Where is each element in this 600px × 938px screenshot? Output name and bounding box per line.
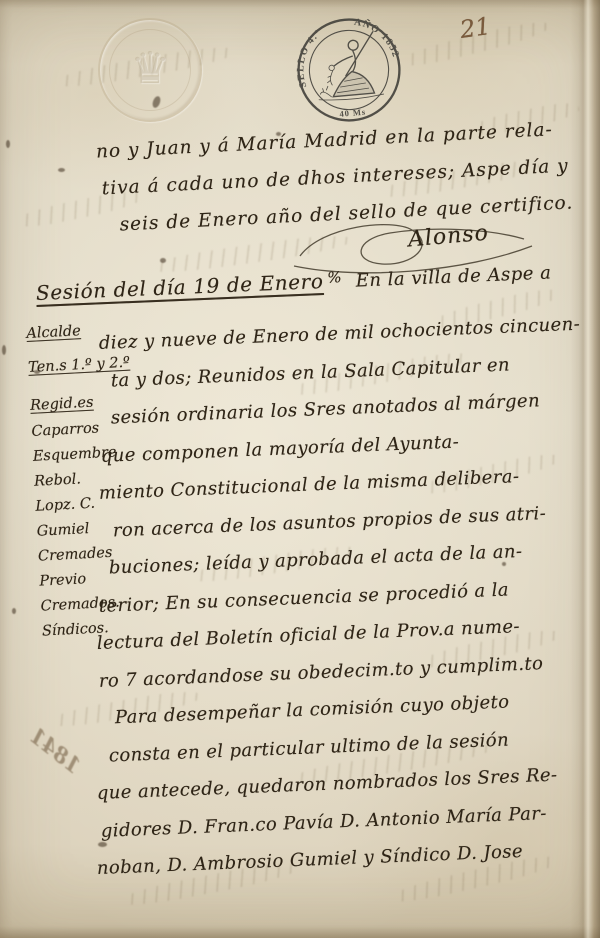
ink-speck (58, 168, 65, 172)
revenue-stamp-seal: SELLO 4.º AÑO 1852 40 Ms (290, 11, 407, 128)
stamp-right-arc-text: AÑO 1852 (352, 13, 401, 63)
svg-text:SELLO 4.º: SELLO 4.º (292, 27, 329, 89)
ink-speck (12, 608, 16, 614)
session-body-text: diez y nueve de Enero de mil ochocientos… (98, 333, 576, 896)
margin-note: Alcalde (26, 322, 107, 343)
bleedthrough-year-mark: 1841 (24, 723, 85, 779)
stamp-left-arc-text: SELLO 4.º (292, 27, 329, 89)
seated-allegory-icon (314, 31, 384, 102)
stamp-denomination-text: 40 Ms (339, 107, 366, 119)
embossed-seal: ♛ (98, 18, 202, 122)
page-top-shadow (0, 0, 600, 8)
heading-abbreviation-mark: % (327, 268, 342, 287)
svg-text:AÑO 1852: AÑO 1852 (352, 13, 401, 63)
ink-speck (160, 258, 166, 263)
page-bottom-shadow (0, 926, 600, 938)
ink-speck (2, 345, 6, 355)
manuscript-page: ♛ SELLO 4.º AÑO 1852 40 Ms 21 no y Juan … (0, 0, 600, 938)
ink-speck (6, 140, 10, 148)
page-number: 21 (458, 12, 492, 44)
crown-icon: ♛ (130, 43, 169, 94)
session-heading: Sesión del día 19 de Enero (35, 269, 323, 305)
session-opening-text: En la villa de Aspe a (355, 262, 552, 291)
